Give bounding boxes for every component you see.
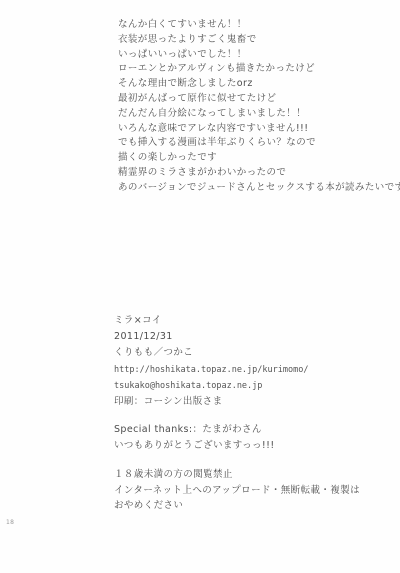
- special-thanks: Special thanks:：たまがわさん: [114, 422, 275, 438]
- afterword-line: ローエンとかアルヴィンも描きたかったけど: [118, 62, 400, 77]
- page-number: 18: [6, 519, 14, 526]
- afterword-line: 描くの楽しかったです: [118, 151, 400, 166]
- afterword-line: でも挿入する漫画は半年ぶりくらい？なので: [118, 136, 400, 151]
- age-restriction-notice: １８歳未満の方の閲覧禁止 インターネット上へのアップロード・無断転載・複製は お…: [114, 467, 360, 514]
- afterword-line: だんだん自分絵になってしまいました！！: [118, 107, 400, 122]
- afterword-page: なんか白くてすいません！！ 衣装が思ったよりすごく鬼畜で いっぱいいっぱいでした…: [0, 0, 400, 573]
- afterword-line: あのバージョンでジュードさんとセックスする本が読みたいです！！: [118, 181, 400, 196]
- release-date: 2011/12/31: [114, 329, 308, 345]
- afterword-text: なんか白くてすいません！！ 衣装が思ったよりすごく鬼畜で いっぱいいっぱいでした…: [118, 18, 400, 196]
- doujin-title: ミラ×コイ: [114, 313, 308, 329]
- notice-line: １８歳未満の方の閲覧禁止: [114, 467, 360, 483]
- afterword-line: 精霊界のミラさまがかわいかったので: [118, 166, 400, 181]
- afterword-line: なんか白くてすいません！！: [118, 18, 400, 33]
- afterword-line: そんな理由で断念しましたorz: [118, 77, 400, 92]
- afterword-line: いろんな意味でアレな内容ですいません!!!: [118, 122, 400, 137]
- thanks-message: いつもありがとうございますっっ!!!: [114, 438, 275, 454]
- afterword-line: 最初がんばって原作に似せてたけど: [118, 92, 400, 107]
- author-name: くりもも／つかこ: [114, 345, 308, 361]
- notice-line: おやめください: [114, 498, 360, 514]
- credits-block: ミラ×コイ 2011/12/31 くりもも／つかこ http://hoshika…: [114, 313, 308, 410]
- email-address: tsukako@hoshikata.topaz.ne.jp: [114, 378, 308, 394]
- thanks-block: Special thanks:：たまがわさん いつもありがとうございますっっ!!…: [114, 422, 275, 454]
- afterword-line: いっぱいいっぱいでした！！: [118, 48, 400, 63]
- printer-credit: 印刷：コーシン出版さま: [114, 394, 308, 410]
- afterword-line: 衣装が思ったよりすごく鬼畜で: [118, 33, 400, 48]
- website-url: http://hoshikata.topaz.ne.jp/kurimomo/: [114, 362, 308, 378]
- notice-line: インターネット上へのアップロード・無断転載・複製は: [114, 483, 360, 499]
